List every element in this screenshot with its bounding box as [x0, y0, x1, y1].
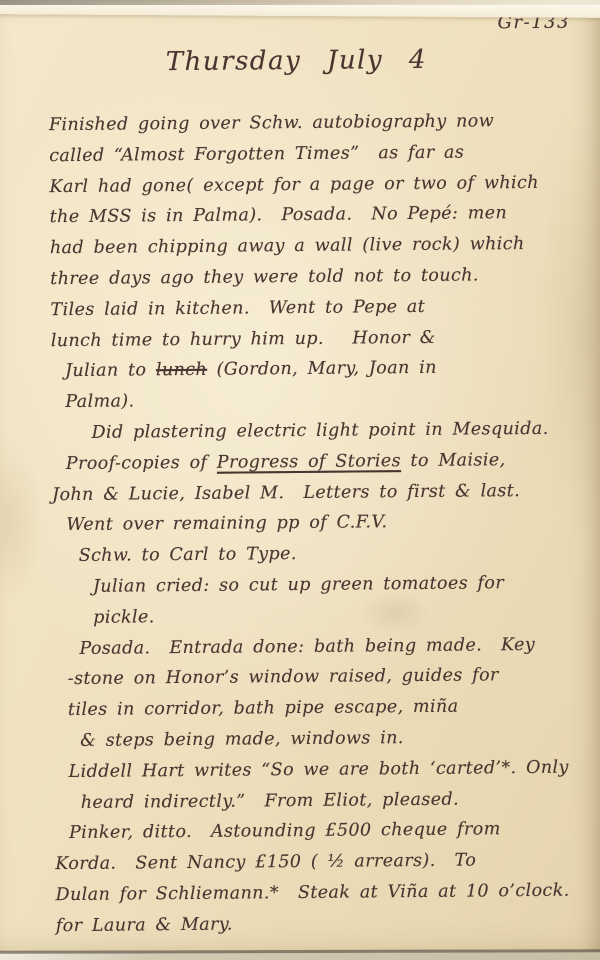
manuscript-text-segment: three days ago they were told not to tou…: [50, 265, 479, 289]
manuscript-line: lunch time to hurry him up. Honor &: [51, 321, 581, 356]
manuscript-line: Julian cried: so cut up green tomatoes f…: [53, 567, 583, 602]
manuscript-text-segment: Pinker, ditto. Astounding £500 cheque fr…: [69, 820, 501, 844]
manuscript-line: -stone on Honor’s window raised, guides …: [54, 660, 584, 695]
scan-edge-top-shadow: [0, 0, 600, 5]
manuscript-text-segment: had been chipping away a wall (live rock…: [50, 234, 525, 258]
manuscript-text-segment: -stone on Honor’s window raised, guides …: [68, 666, 499, 690]
manuscript-text-segment: & steps being made, windows in.: [80, 728, 404, 751]
manuscript-text-segment: Posada. Entrada done: bath being made. K…: [79, 635, 535, 659]
manuscript-text-segment: Finished going over Schw. autobiography …: [49, 111, 494, 135]
manuscript-text-segment: the MSS is in Palma). Posada. No Pepé: m…: [50, 204, 508, 228]
manuscript-line: Schw. to Carl to Type.: [53, 537, 583, 572]
manuscript-text-segment: Julian cried: so cut up green tomatoes f…: [93, 573, 504, 597]
manuscript-line: Korda. Sent Nancy £150 ( ½ arrears). To: [55, 845, 585, 880]
manuscript-line: called “Almost Forgotten Times” as far a…: [49, 136, 579, 171]
manuscript-line: & steps being made, windows in.: [54, 721, 584, 756]
manuscript-text-segment: Proof-copies of: [66, 452, 217, 473]
manuscript-line: John & Lucie, Isabel M. Letters to first…: [52, 475, 582, 510]
manuscript-line: Karl had gone( except for a page or two …: [49, 167, 579, 202]
manuscript-text-segment: John & Lucie, Isabel M. Letters to first…: [52, 481, 520, 505]
manuscript-text-segment: heard indirectly.” From Eliot, pleased.: [81, 789, 459, 812]
manuscript-line: Proof-copies of Progress of Stories to M…: [52, 444, 582, 479]
manuscript-line: Tiles laid in kitchen. Went to Pepe at: [50, 290, 580, 325]
manuscript-text-segment: lunch time to hurry him up. Honor &: [51, 327, 436, 350]
manuscript-text-segment: Julian to: [65, 361, 156, 382]
manuscript-text-segment: Liddell Hart writes “So we are both ‘car…: [68, 757, 568, 781]
manuscript-line: Did plastering electric light point in M…: [51, 414, 581, 449]
manuscript-text-segment: Did plastering electric light point in M…: [91, 419, 548, 443]
manuscript-text-segment: Dulan for Schliemann.* Steak at Viña at …: [56, 881, 570, 905]
struck-through-word: lunch: [156, 360, 207, 380]
manuscript-line: Palma).: [51, 383, 581, 418]
manuscript-line: pickle.: [53, 598, 583, 633]
manuscript-line: Julian to lunch (Gordon, Mary, Joan in: [51, 352, 581, 387]
manuscript-line: heard indirectly.” From Eliot, pleased.: [55, 783, 585, 818]
manuscript-text-segment: tiles in corridor, bath pipe escape, miñ…: [68, 697, 459, 720]
manuscript-text-segment: Schw. to Carl to Type.: [79, 544, 297, 566]
manuscript-line: had been chipping away a wall (live rock…: [50, 229, 580, 264]
manuscript-text-segment: pickle.: [93, 607, 155, 628]
manuscript-text-segment: Karl had gone( except for a page or two …: [49, 172, 539, 196]
manuscript-line: Liddell Hart writes “So we are both ‘car…: [54, 752, 584, 787]
manuscript-line: Posada. Entrada done: bath being made. K…: [53, 629, 583, 664]
manuscript-line: for Laura & Mary.: [56, 906, 586, 941]
manuscript-text-segment: (Gordon, Mary, Joan in: [207, 358, 437, 380]
manuscript-line: Dulan for Schliemann.* Steak at Viña at …: [55, 875, 585, 910]
manuscript-text-segment: to Maisie,: [401, 450, 506, 471]
manuscript-text-segment: Palma).: [65, 392, 134, 413]
entry-date-heading: Thursday July 4: [0, 43, 596, 78]
manuscript-line: Went over remaining pp of C.F.V.: [52, 506, 582, 541]
manuscript-text-segment: Korda. Sent Nancy £150 ( ½ arrears). To: [55, 851, 476, 875]
manuscript-line: tiles in corridor, bath pipe escape, miñ…: [54, 691, 584, 726]
underlined-book-title: Progress of Stories: [217, 451, 401, 473]
manuscript-line: Finished going over Schw. autobiography …: [49, 106, 579, 141]
scanned-diary-page: Gr-133 Thursday July 4 Finished going ov…: [0, 0, 600, 960]
manuscript-text-segment: for Laura & Mary.: [56, 914, 233, 936]
manuscript-line: the MSS is in Palma). Posada. No Pepé: m…: [50, 198, 580, 233]
manuscript-line: Pinker, ditto. Astounding £500 cheque fr…: [55, 814, 585, 849]
manuscript-content: Gr-133 Thursday July 4 Finished going ov…: [0, 0, 600, 960]
manuscript-text: Finished going over Schw. autobiography …: [49, 106, 586, 942]
manuscript-line: three days ago they were told not to tou…: [50, 260, 580, 295]
manuscript-text-segment: Tiles laid in kitchen. Went to Pepe at: [50, 297, 425, 320]
manuscript-text-segment: Went over remaining pp of C.F.V.: [66, 513, 387, 536]
manuscript-text-segment: called “Almost Forgotten Times” as far a…: [49, 142, 464, 166]
